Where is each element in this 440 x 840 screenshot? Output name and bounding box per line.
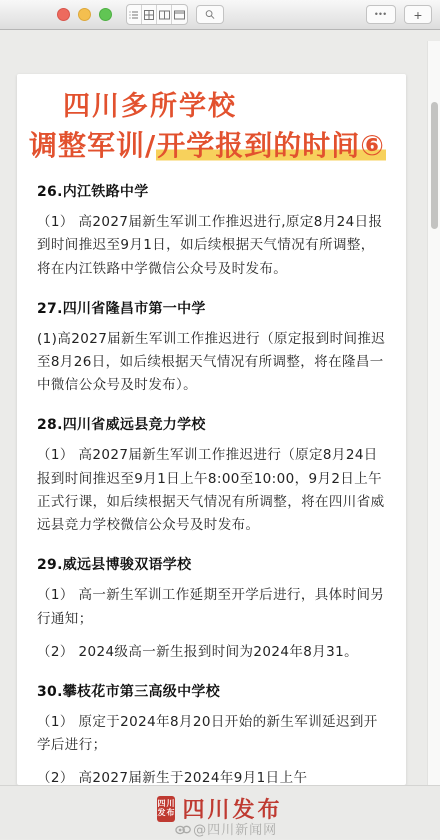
search-button[interactable] (196, 5, 224, 24)
list-icon (129, 10, 139, 20)
watermark: @四川新闻网 (175, 819, 277, 838)
announcement-document: 四川多所学校 调整军训/开学报到的时间⑥ 26.内江铁路中学 （1） 高2027… (17, 74, 406, 785)
list-view-button[interactable] (127, 5, 142, 24)
grid-icon (144, 10, 154, 20)
section-paragraph: （1） 高一新生军训工作延期至开学后进行，具体时间另行通知； (37, 584, 386, 630)
title-line2: 调整军训/开学报到的时间⑥ (29, 128, 386, 164)
watermark-text: @四川新闻网 (193, 819, 277, 838)
minimize-button[interactable] (78, 8, 91, 21)
section-heading: 29.威远县博骏双语学校 (37, 554, 386, 574)
more-button[interactable]: ••• (366, 5, 396, 24)
title-line1: 四川多所学校 (63, 90, 386, 124)
section-paragraph: （1） 原定于2024年8月20日开始的新生军训延迟到开学后进行； (37, 711, 386, 757)
section-30: 30.攀枝花市第三高级中学校 （1） 原定于2024年8月20日开始的新生军训延… (37, 681, 386, 785)
book-icon (159, 10, 170, 20)
add-icon: + (414, 8, 422, 22)
reader-view-button[interactable] (157, 5, 172, 24)
grid-view-button[interactable] (142, 5, 157, 24)
section-29: 29.威远县博骏双语学校 （1） 高一新生军训工作延期至开学后进行，具体时间另行… (37, 554, 386, 664)
section-heading: 26.内江铁路中学 (37, 181, 386, 201)
footer-band: 四川发布 四川发布 @四川新闻网 (0, 785, 440, 839)
section-26: 26.内江铁路中学 （1） 高2027届新生军训工作推迟进行,原定8月24日报到… (37, 181, 386, 281)
section-paragraph: (1)高2027届新生军训工作推迟进行（原定报到时间推迟至8月26日，如后续根据… (37, 328, 386, 398)
section-paragraph: （2） 高2027届新生于2024年9月1日上午9:00~12:00报到(详情见… (37, 767, 386, 785)
more-icon: ••• (375, 10, 387, 19)
section-28: 28.四川省威远县竞力学校 （1） 高2027届新生军训工作推迟进行（原定8月2… (37, 414, 386, 537)
section-heading: 28.四川省威远县竞力学校 (37, 414, 386, 434)
section-paragraph: （1） 高2027届新生军训工作推迟进行,原定8月24日报到时间推迟至9月1日，… (37, 211, 386, 281)
new-tab-button[interactable]: + (404, 5, 432, 24)
section-paragraph: （1） 高2027届新生军训工作推迟进行（原定8月24日报到时间推迟至9月1日上… (37, 444, 386, 537)
section-heading: 30.攀枝花市第三高级中学校 (37, 681, 386, 701)
toolbar: ••• + (0, 0, 440, 30)
content-area: 四川多所学校 调整军训/开学报到的时间⑥ 26.内江铁路中学 （1） 高2027… (0, 30, 440, 839)
fullscreen-button[interactable] (99, 8, 112, 21)
section-heading: 27.四川省隆昌市第一中学 (37, 298, 386, 318)
view-mode-segmented-control (126, 4, 188, 25)
weibo-eye-icon (175, 823, 191, 835)
search-icon (205, 9, 215, 20)
sichuan-fabu-seal-icon: 四川发布 (157, 796, 175, 822)
close-button[interactable] (57, 8, 70, 21)
scrollbar-track[interactable] (427, 41, 440, 785)
browser-window: ••• + 四川多所学校 调整军训/开学报到的时间⑥ 26.内江铁路中学 （1）… (0, 0, 440, 839)
section-paragraph: （2） 2024级高一新生报到时间为2024年8月31。 (37, 641, 386, 664)
window-view-button[interactable] (172, 5, 187, 24)
title-line2-highlighted: 开学报到的时间⑥ (156, 129, 386, 162)
scrollbar-thumb[interactable] (431, 102, 438, 229)
window-icon (174, 10, 185, 20)
title-line2-plain: 调整军训/ (29, 129, 156, 162)
window-controls (57, 8, 112, 21)
section-27: 27.四川省隆昌市第一中学 (1)高2027届新生军训工作推迟进行（原定报到时间… (37, 298, 386, 398)
document-title: 四川多所学校 调整军训/开学报到的时间⑥ (29, 90, 386, 164)
